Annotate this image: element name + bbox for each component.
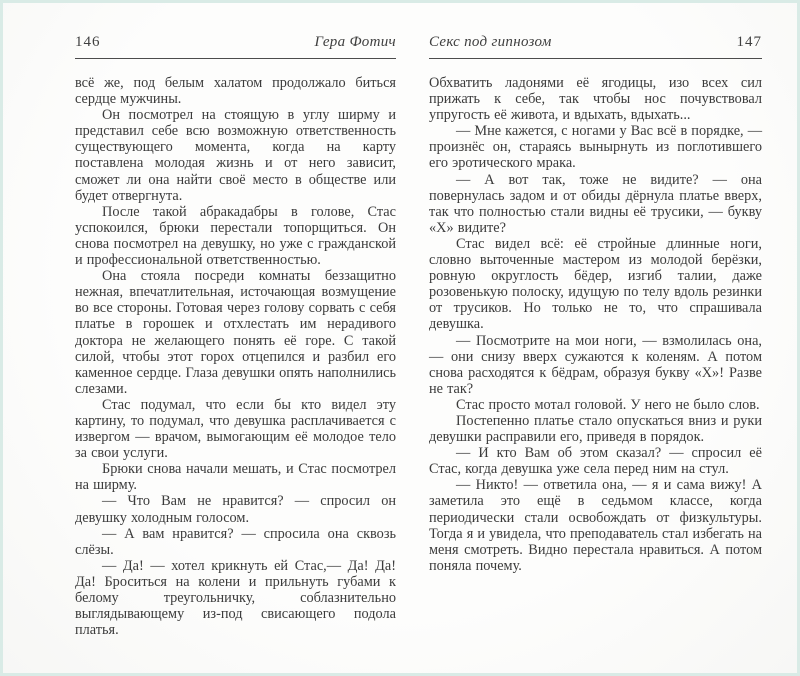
book-spread: 146 Гера Фотич всё же, под белым халатом… bbox=[0, 0, 800, 676]
page-number-right: 147 bbox=[737, 34, 763, 51]
paragraph: Стас подумал, что если бы кто видел эту … bbox=[75, 397, 396, 461]
paragraph: Стас видел всё: её стройные длинные ноги… bbox=[429, 236, 762, 333]
paragraph: Брюки снова начали мешать, и Стас посмот… bbox=[75, 461, 396, 493]
paragraph: — Да! — хотел крикнуть ей Стас,— Да! Да!… bbox=[75, 558, 396, 638]
running-head-title: Секс под гипнозом bbox=[429, 34, 552, 51]
paragraph: Она стояла посреди комнаты беззащитно не… bbox=[75, 268, 396, 397]
page-number-left: 146 bbox=[75, 34, 101, 51]
page-right-147: Секс под гипнозом 147 Обхватить ладонями… bbox=[429, 34, 762, 574]
paragraph: Стас просто мотал головой. У него не был… bbox=[429, 397, 762, 413]
paragraph: Постепенно платье стало опускаться вниз … bbox=[429, 413, 762, 445]
running-header-left: 146 Гера Фотич bbox=[75, 34, 396, 59]
running-head-author: Гера Фотич bbox=[314, 34, 396, 51]
paragraph: Он посмотрел на стоящую в углу ширму и п… bbox=[75, 107, 396, 204]
page-left-146: 146 Гера Фотич всё же, под белым халатом… bbox=[75, 34, 396, 638]
paragraph: — А вам нравится? — спросила она сквозь … bbox=[75, 526, 396, 558]
paragraph: — Мне кажется, с ногами у Вас всё в поря… bbox=[429, 123, 762, 171]
paragraph: — А вот так, тоже не видите? — она повер… bbox=[429, 172, 762, 236]
paragraph: — Посмотрите на мои ноги, — взмолилась о… bbox=[429, 333, 762, 397]
page-body-right: Обхватить ладонями её ягодицы, изо всех … bbox=[429, 75, 762, 574]
running-header-right: Секс под гипнозом 147 bbox=[429, 34, 762, 59]
paragraph: всё же, под белым халатом продолжало бит… bbox=[75, 75, 396, 107]
paragraph: Обхватить ладонями её ягодицы, изо всех … bbox=[429, 75, 762, 123]
page-body-left: всё же, под белым халатом продолжало бит… bbox=[75, 75, 396, 638]
paragraph: — И кто Вам об этом сказал? — спросил её… bbox=[429, 445, 762, 477]
paragraph: После такой абракадабры в голове, Стас у… bbox=[75, 204, 396, 268]
paragraph: — Никто! — ответила она, — я и сама вижу… bbox=[429, 477, 762, 574]
paragraph: — Что Вам не нравится? — спросил он деву… bbox=[75, 493, 396, 525]
